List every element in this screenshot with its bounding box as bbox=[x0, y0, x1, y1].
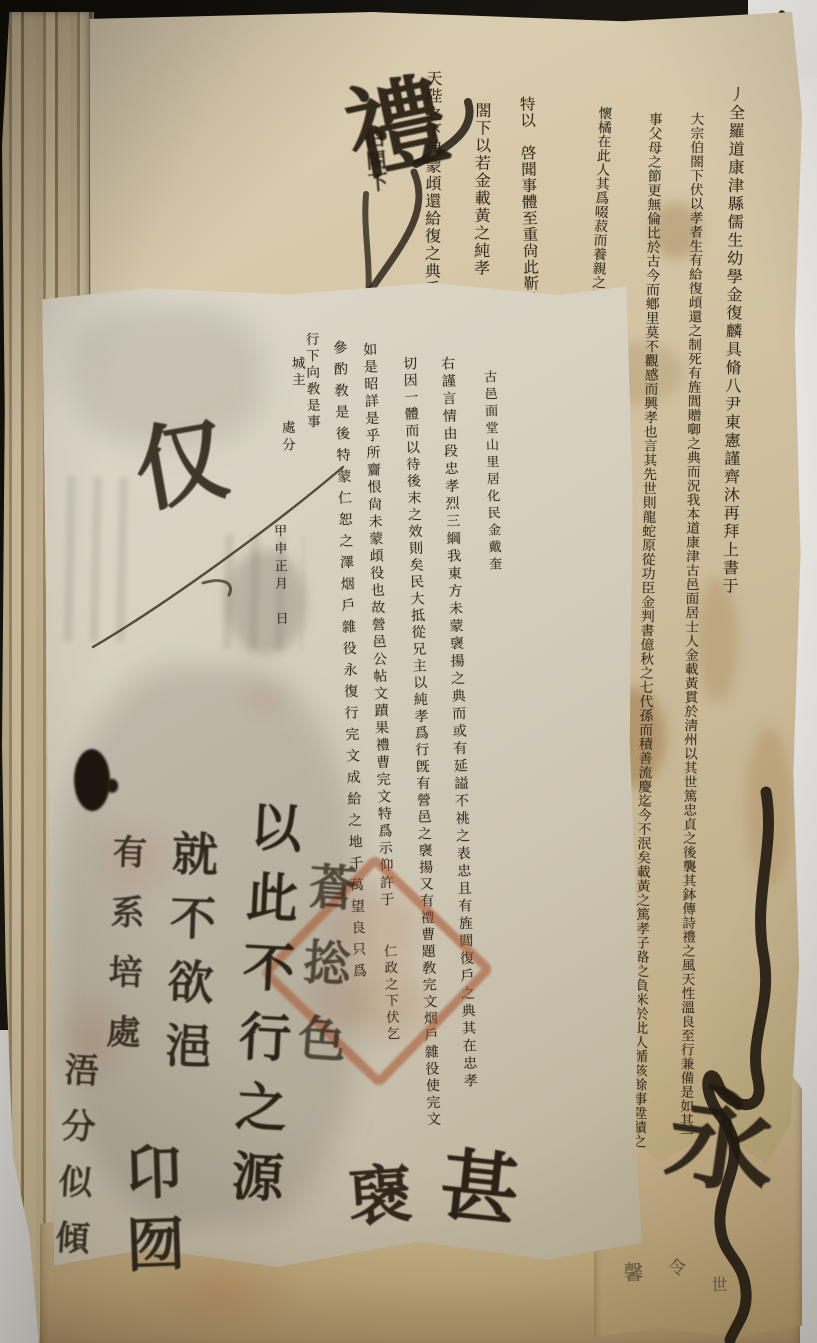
signature-flourish-stroke bbox=[688, 786, 798, 1343]
disposition-cursive-5: 就不欲浥 bbox=[161, 829, 216, 1086]
disposition-cursive-8: 卬囫 bbox=[118, 1141, 181, 1287]
under-sheet-char-1: 馨 bbox=[622, 1262, 642, 1282]
disposition-cursive-4: 襃 bbox=[340, 1160, 408, 1228]
disposition-cursive-6: 有系培處 bbox=[102, 833, 144, 1074]
flourish-mark-cursive: 仅 bbox=[121, 410, 228, 517]
disposition-cursive-1: 以此不行之源 bbox=[224, 799, 298, 1221]
manuscript-photo: { "colors": { "backdrop_dark": "#14120c"… bbox=[0, 0, 817, 1343]
disposition-cursive-7: 浯分似傾 bbox=[50, 1051, 96, 1276]
under-sheet-char-2: 令 bbox=[666, 1258, 684, 1276]
disposition-cursive-2: 蒼捴色 bbox=[290, 860, 354, 1091]
disposition-cursive-3: 甚 bbox=[430, 1142, 516, 1228]
